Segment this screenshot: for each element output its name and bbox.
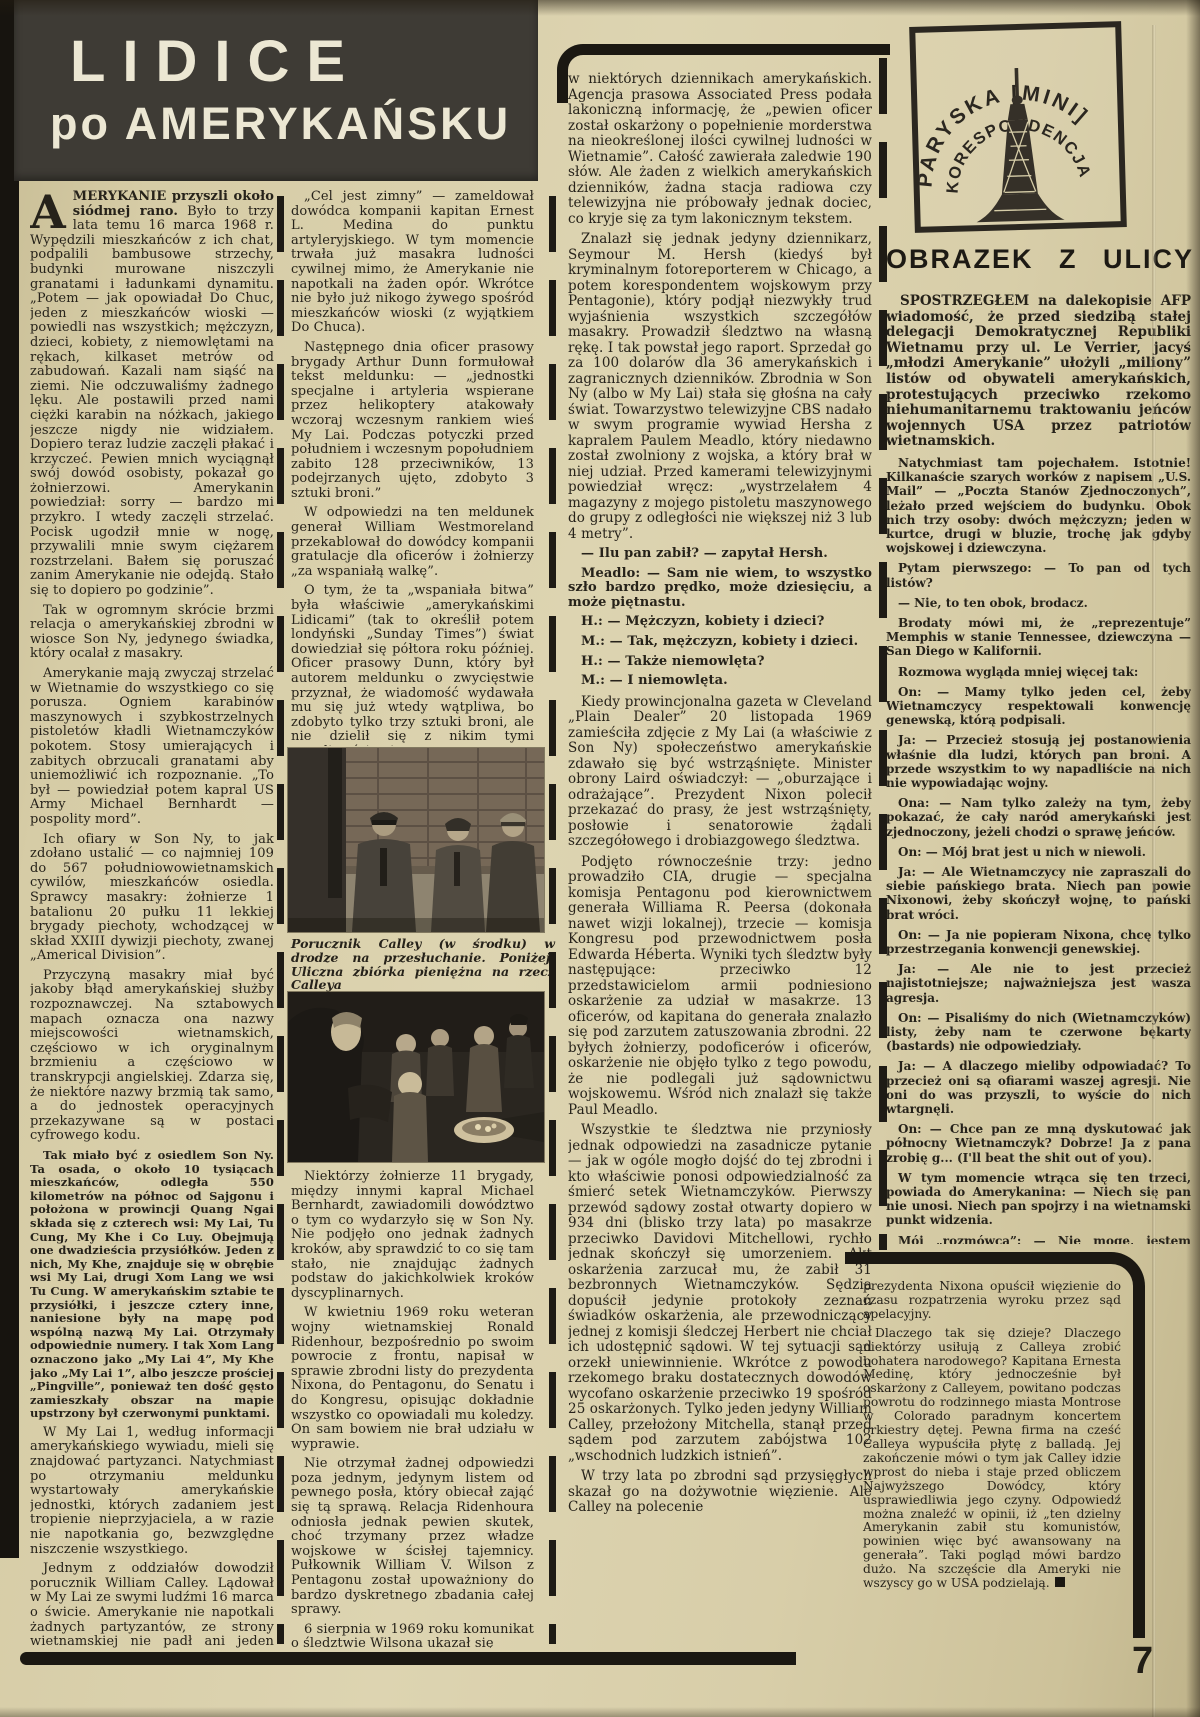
dialogue-line: On: — Ja nie popieram Nixona, chcę tylko… bbox=[886, 928, 1191, 956]
dialogue-line: Ona: — Nam tylko zależy na tym, żeby pok… bbox=[886, 796, 1191, 839]
speaker-label: Ja: bbox=[898, 733, 916, 747]
paragraph: Dlaczego tak się dzieje? Dlaczego niektó… bbox=[863, 1327, 1121, 1591]
end-mark-icon bbox=[1055, 1577, 1065, 1587]
paragraph: Pytam pierwszego: — To pan od tych listó… bbox=[886, 561, 1191, 589]
paragraph: prezydenta Nixona opuścił więzienie do c… bbox=[863, 1280, 1121, 1322]
speaker-label: Mój „rozmówca”: bbox=[898, 1234, 1021, 1244]
dialogue-line: Ja: — A dlaczego mieliby odpowiadać? To … bbox=[886, 1059, 1191, 1116]
side-article-heading: OBRAZEK Z ULICY bbox=[886, 244, 1192, 275]
speaker-label: On: bbox=[898, 845, 922, 859]
paragraph: W odpowiedzi na ten meldunek generał Wil… bbox=[291, 506, 534, 579]
dialogue-line: On: — Chce pan ze mną dyskutować jak pół… bbox=[886, 1122, 1191, 1165]
paragraph: Następnego dnia oficer prasowy brygady A… bbox=[291, 341, 534, 502]
page-left-edge bbox=[0, 0, 19, 1558]
article-column-2-lower: Niektórzy żołnierze 11 brygady, między i… bbox=[291, 1170, 534, 1648]
column-divider-1 bbox=[277, 196, 284, 1644]
photo-calley-escort bbox=[288, 748, 544, 932]
column-divider-3 bbox=[879, 58, 887, 1250]
eiffel-tower-icon: PARYSKA [MINI] KORESPONDENCJA bbox=[915, 27, 1120, 227]
article-column-3: w niektórych dziennikach amerykańskich. … bbox=[568, 72, 872, 1646]
headline-line1: LIDICE bbox=[70, 28, 362, 95]
paragraph: Znalazł się jednak jedyny dziennikarz, S… bbox=[568, 232, 872, 542]
photo-street-collection bbox=[288, 992, 544, 1162]
speaker-label: On: bbox=[898, 685, 922, 699]
column-divider-2 bbox=[549, 196, 556, 1644]
paragraph: Rozmowa wygląda mniej więcej tak: bbox=[886, 665, 1191, 679]
paragraph: O tym, że ta „wspaniała bitwa” była właś… bbox=[291, 584, 534, 746]
article-headline-banner: LIDICE po AMERYKAŃSKU bbox=[14, 0, 538, 181]
speaker-label: On: bbox=[898, 928, 922, 942]
paragraph: Ich ofiary w Son Ny, to jak zdołano usta… bbox=[30, 833, 274, 964]
article-ending-box: prezydenta Nixona opuścił więzienie do c… bbox=[845, 1252, 1145, 1638]
lead-text: Było to trzy lata temu 16 marca 1968 r. … bbox=[30, 204, 274, 598]
speaker-label: On: bbox=[898, 1122, 922, 1136]
paragraph: Jednym z oddziałów dowodził porucznik Wi… bbox=[30, 1562, 274, 1648]
column-3-top-frame bbox=[557, 44, 890, 103]
paragraph: Amerykanie mają zwyczaj strzelać w Wietn… bbox=[30, 667, 274, 828]
interview-block: — Ilu pan zabił? — zapytał Hersh. Meadlo… bbox=[568, 547, 872, 689]
dialogue-line: Ja: — Ale Wietnamczycy nie zapraszali do… bbox=[886, 865, 1191, 922]
photo-caption: Porucznik Calley (w środku) w drodze na … bbox=[291, 937, 555, 989]
dialogue-line: Ja: — Przecież stosują jej postanowienia… bbox=[886, 733, 1191, 790]
paragraph: W My Lai 1, według informacji amerykańsk… bbox=[30, 1426, 274, 1557]
speaker-label: Ja: bbox=[898, 1059, 916, 1073]
paragraph: Brodaty mówi mi, że „reprezentuje” Memph… bbox=[886, 616, 1191, 659]
paragraph: Natychmiast tam pojechałem. Istotnie! Ki… bbox=[886, 456, 1191, 555]
article-bottom-rule bbox=[20, 1652, 796, 1665]
speaker-label: Ona: bbox=[898, 796, 929, 810]
scan-shadow-bottom bbox=[0, 1707, 1200, 1717]
photo-street-collection-image bbox=[288, 992, 544, 1162]
paragraph: 6 sierpnia w 1969 roku komunikat o śledz… bbox=[291, 1623, 534, 1648]
speaker-label: Ja: bbox=[898, 962, 916, 976]
paragraph-smallprint: Tak miało być z osiedlem Son Ny. Ta osad… bbox=[30, 1149, 274, 1421]
dialogue-line: Mój „rozmówca”: — Nie mogę, jestem subie… bbox=[886, 1234, 1191, 1244]
interview-line: M.: — I niemowlęta. bbox=[568, 674, 872, 689]
paragraph: Przyczyną masakry miał być jakoby błąd a… bbox=[30, 969, 274, 1144]
interview-line: M.: — Tak, mężczyzn, kobiety i dzieci. bbox=[568, 635, 872, 650]
interview-line: H.: — Mężczyzn, kobiety i dzieci? bbox=[568, 615, 872, 630]
page-number: 7 bbox=[1132, 1640, 1153, 1683]
dialogue-line: On: — Mój brat jest u nich w niewoli. bbox=[886, 845, 1191, 859]
paragraph: Podjęto równocześnie trzy: jedno prowadz… bbox=[568, 855, 872, 1119]
photo-calley-escort-image bbox=[288, 748, 544, 932]
article-column-2-upper: „Cel jest zimny” — zameldował dowódca ko… bbox=[291, 190, 534, 746]
paris-correspondence-stamp: PARYSKA [MINI] KORESPONDENCJA bbox=[909, 21, 1127, 233]
interview-line: H.: — Także niemowlęta? bbox=[568, 655, 872, 670]
paragraph: — Nie, to ten obok, brodacz. bbox=[886, 596, 1191, 610]
interview-line: Meadlo: — Sam nie wiem, to wszystko szło… bbox=[568, 567, 872, 611]
speaker-label: Ja: bbox=[898, 865, 916, 879]
dialogue-line: On: — Pisaliśmy do nich (Wietnamczyków) … bbox=[886, 1011, 1191, 1054]
paragraph: Kiedy prowincjonalna gazeta w Cleveland … bbox=[568, 695, 872, 850]
side-article-column: SPOSTRZEGŁEM na dalekopisie AFP wiadomoś… bbox=[886, 294, 1191, 1244]
paragraph: Nie otrzymał żadnej odpowiedzi poza jedn… bbox=[291, 1457, 534, 1618]
interview-line: — Ilu pan zabił? — zapytał Hersh. bbox=[568, 547, 872, 562]
paragraph: Wszystkie te śledztwa nie przyniosły jed… bbox=[568, 1123, 872, 1464]
headline-line2: po AMERYKAŃSKU bbox=[50, 98, 511, 150]
article-column-1: AMERYKANIE przyszli około siódmej rano. … bbox=[30, 190, 274, 1648]
paragraph: Niektórzy żołnierze 11 brygady, między i… bbox=[291, 1170, 534, 1301]
paragraph: W tym momencie wtrąca się ten trzeci, po… bbox=[886, 1171, 1191, 1228]
lead-paragraph: AMERYKANIE przyszli około siódmej rano. … bbox=[30, 190, 274, 599]
paragraph: W trzy lata po zbrodni sąd przysięgłych … bbox=[568, 1469, 872, 1516]
paragraph: „Cel jest zimny” — zameldował dowódca ko… bbox=[291, 190, 534, 336]
drop-cap: A bbox=[30, 190, 73, 231]
dialogue-line: Ja: — Ale nie to jest przecież najistotn… bbox=[886, 962, 1191, 1005]
speaker-label: On: bbox=[898, 1011, 922, 1025]
paragraph: SPOSTRZEGŁEM na dalekopisie AFP wiadomoś… bbox=[886, 294, 1191, 450]
paragraph: W kwietniu 1969 roku weteran wojny wietn… bbox=[291, 1306, 534, 1452]
paragraph: Tak w ogromnym skrócie brzmi relacja o a… bbox=[30, 604, 274, 662]
dialogue-line: On: — Mamy tylko jeden cel, żeby Wietnam… bbox=[886, 685, 1191, 728]
